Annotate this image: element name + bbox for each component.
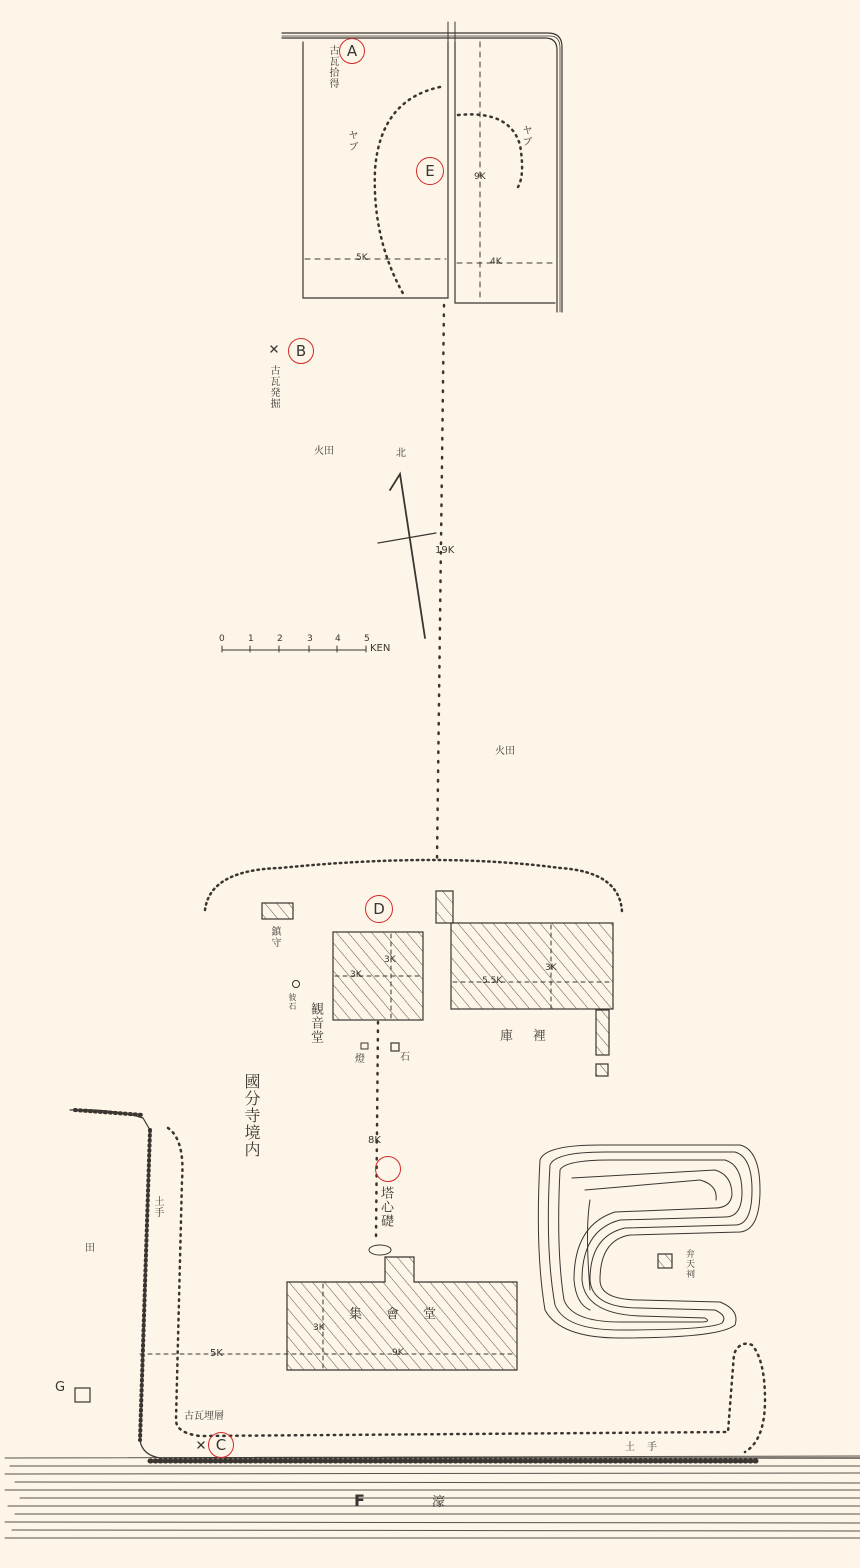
label-tile-excavated: 古瓦発掘: [268, 365, 278, 409]
label-shrine-guard: 鎮守: [269, 926, 279, 948]
shrine-guard-building: [262, 903, 293, 919]
scale-tick-4: 4: [335, 634, 341, 644]
label-embankment-left: 土手: [152, 1196, 162, 1218]
scale-tick-0: 0: [219, 634, 225, 644]
label-yabu-right: ヤブ: [520, 125, 530, 147]
marker-d[interactable]: D: [365, 895, 393, 923]
marker-e[interactable]: E: [416, 157, 444, 185]
hill-contours: [538, 1145, 760, 1338]
label-stone: 石: [400, 1053, 410, 1063]
site-map-drawing: [0, 0, 860, 1568]
label-old-tile-buried: 古瓦埋層: [184, 1412, 224, 1422]
label-storehouse: 庫裡: [500, 1030, 566, 1043]
dim-storehouse-height: 3K: [545, 963, 557, 973]
dim-path-length: 19K: [435, 545, 454, 556]
label-pagoda-base: 塔心礎: [379, 1186, 392, 1228]
label-benten-shrine: 弁天祠: [684, 1249, 693, 1279]
label-moat: 濠: [432, 1496, 445, 1509]
scale-tick-1: 1: [248, 634, 254, 644]
scale-tick-3: 3: [307, 634, 313, 644]
dim-hall-offset: 5K: [210, 1348, 223, 1359]
dim-kannon-height: 3K: [384, 955, 396, 965]
label-yabu-left: ヤブ: [346, 130, 356, 152]
label-field-middle: 火田: [495, 747, 515, 757]
benten-shrine-building: [658, 1254, 672, 1268]
dim-top-left-width: 5K: [356, 253, 368, 263]
scale-unit: KEN: [370, 643, 390, 654]
marker-c[interactable]: C: [208, 1432, 234, 1458]
label-temple-grounds: 國分寺境内: [243, 1073, 259, 1158]
label-embankment-bottom: 土手: [625, 1443, 669, 1453]
storehouse-building: [451, 923, 613, 1009]
label-north: 北: [396, 449, 406, 459]
scale-bar: [222, 646, 366, 652]
label-lantern: 燈: [355, 1055, 365, 1065]
marker-a[interactable]: A: [339, 38, 365, 64]
scale-tick-2: 2: [277, 634, 283, 644]
dim-kannon-width: 3K: [350, 970, 362, 980]
north-arrow-icon: [378, 474, 436, 638]
label-moat-letter: F: [354, 1493, 365, 1509]
marker-b[interactable]: B: [288, 338, 314, 364]
dim-hall-height: 3K: [313, 1323, 325, 1333]
dim-hall-width: 9K: [392, 1348, 404, 1358]
scale-tick-5: 5: [364, 634, 370, 644]
label-g: G: [55, 1381, 65, 1394]
marker-empty[interactable]: [375, 1156, 401, 1182]
label-kannon-hall: 観音堂: [309, 1002, 322, 1044]
label-tile-found: 古瓦拾得: [327, 45, 337, 89]
label-stone-small: 彼石: [288, 993, 296, 1011]
dim-top-right-width: 4K: [490, 257, 502, 267]
label-field-upper: 火田: [314, 447, 334, 457]
g-square: [75, 1388, 90, 1402]
dim-storehouse-width: 5.5K: [482, 976, 502, 986]
dim-top-right-height: 9K: [474, 172, 486, 182]
dim-pagoda-distance: 8K: [368, 1135, 381, 1146]
label-rice-field: 田: [85, 1244, 95, 1254]
label-assembly-hall: 集會堂: [349, 1308, 460, 1321]
